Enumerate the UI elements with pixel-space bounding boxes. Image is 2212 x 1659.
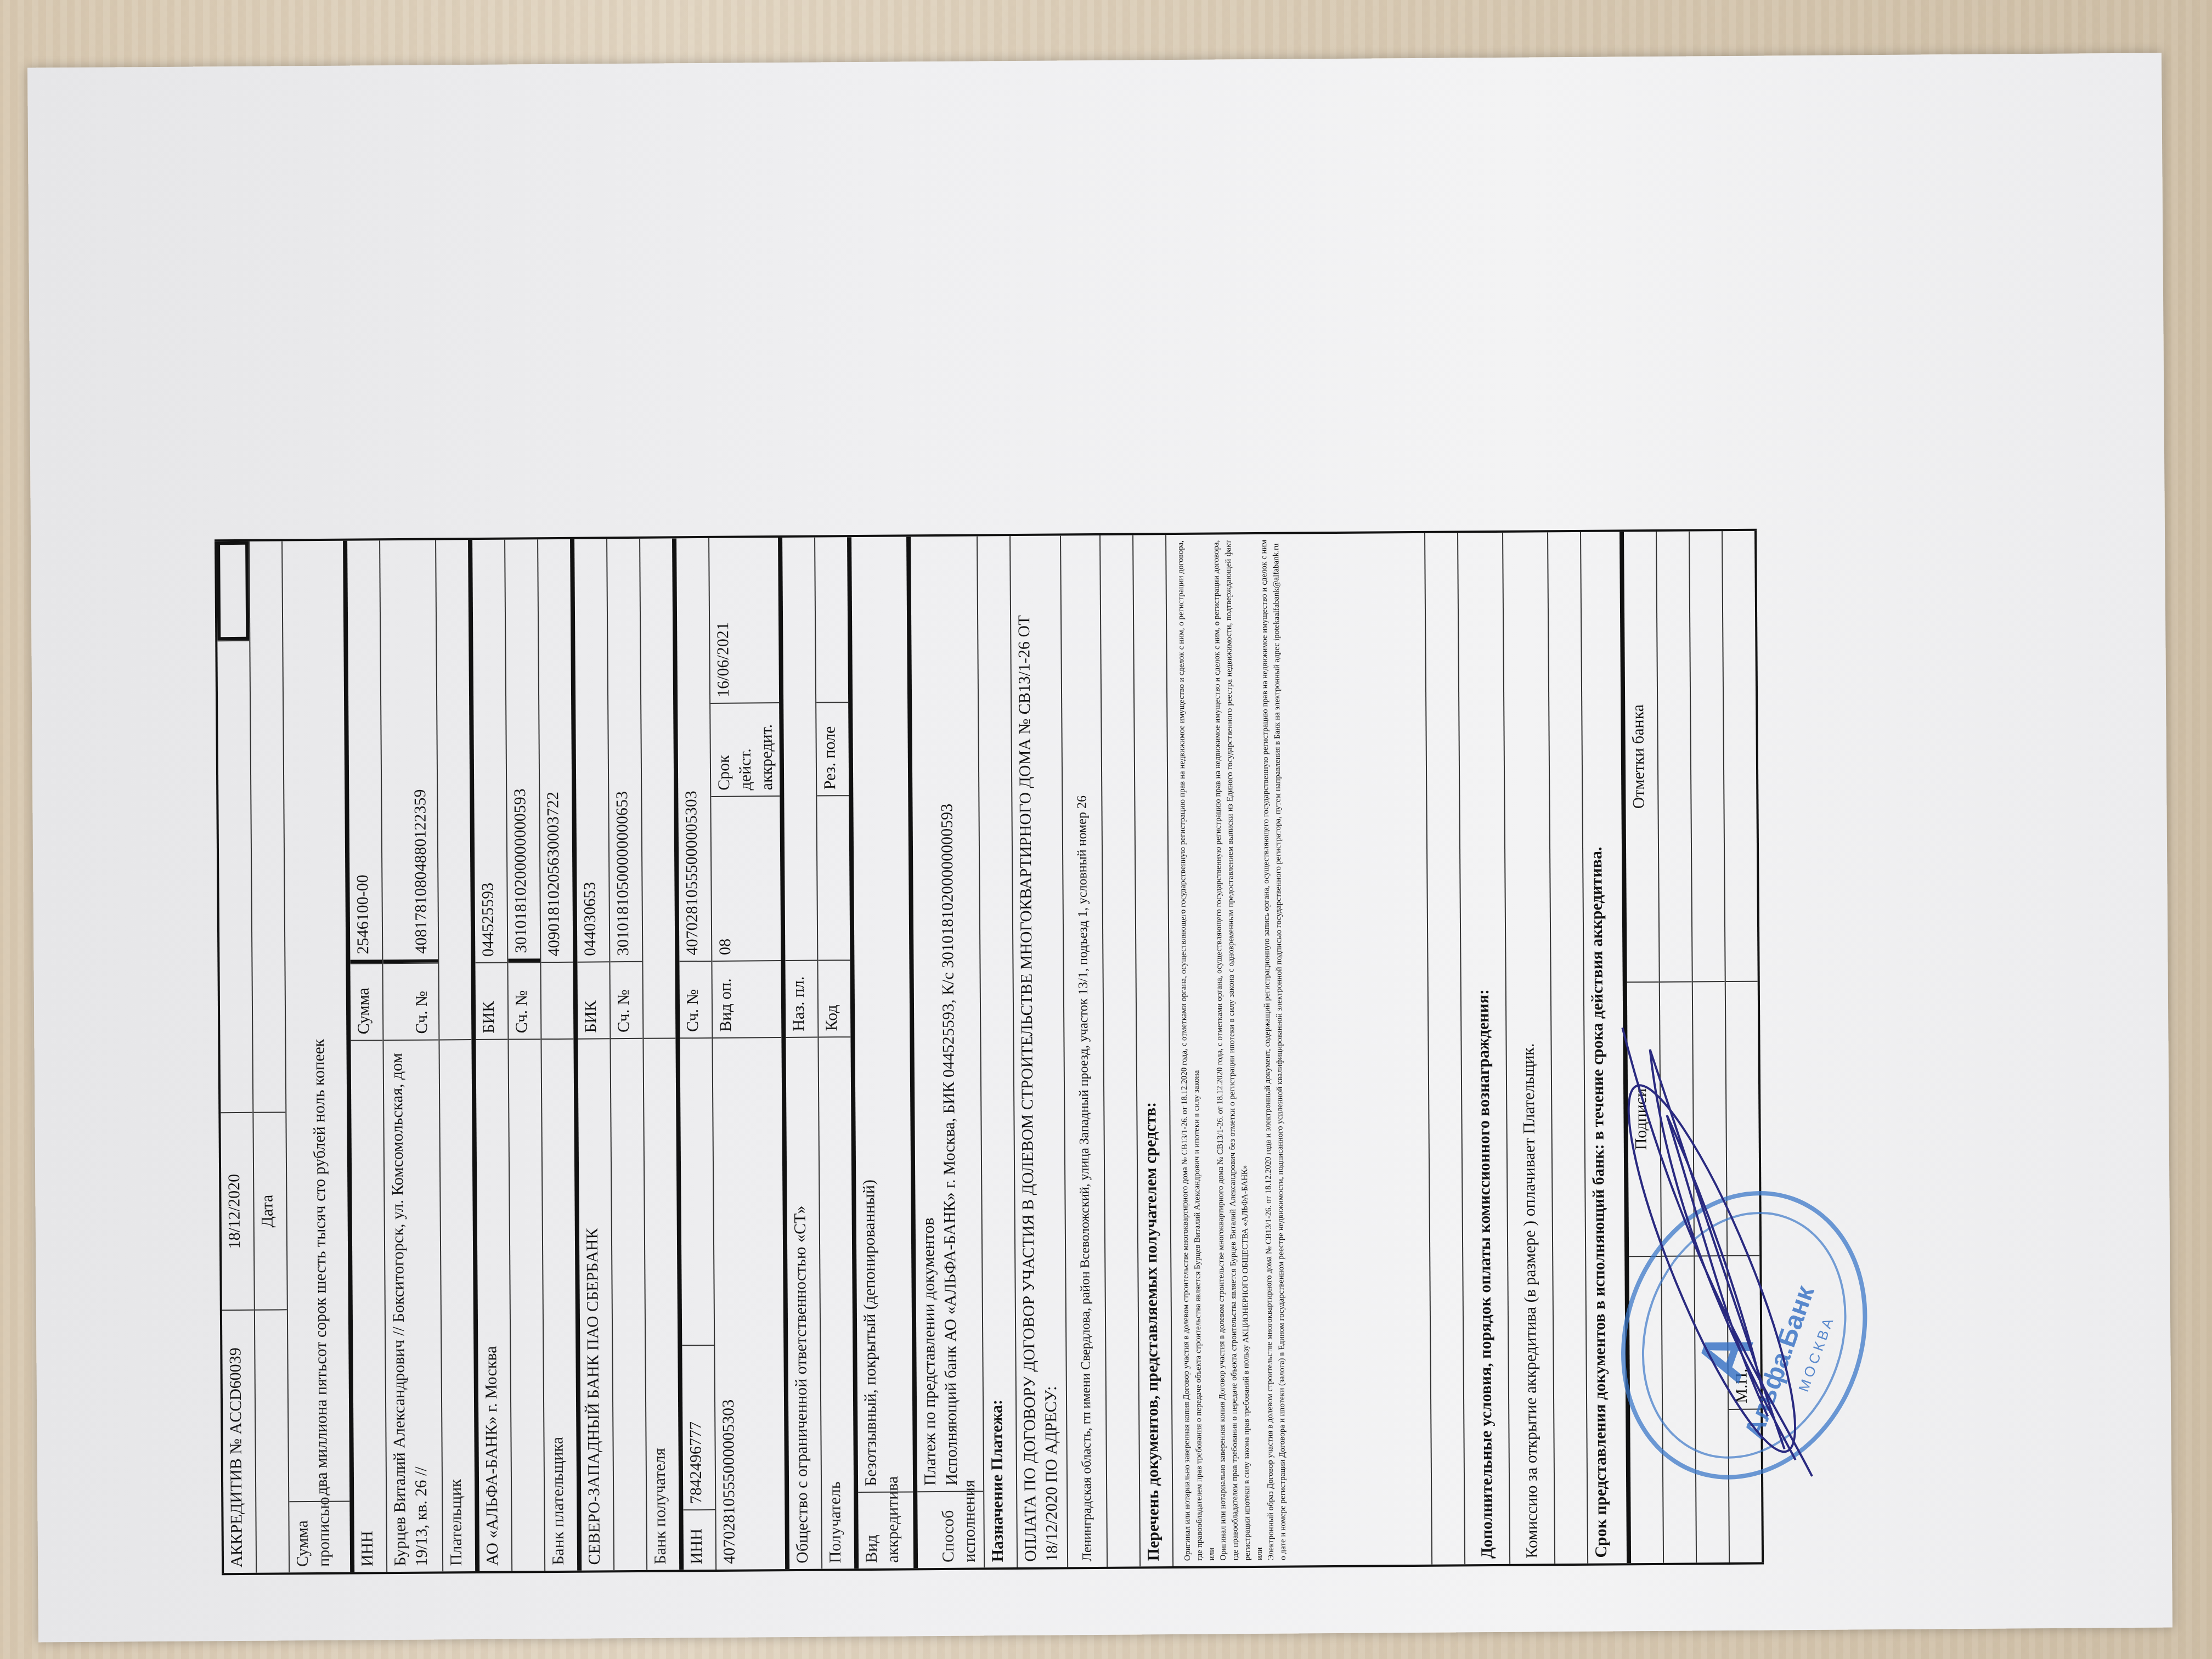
recipient-bank-bik-label: БИК — [577, 961, 610, 1038]
reserve-label: Рез. поле — [816, 702, 849, 795]
lc-type-value: Безотзывный, покрытый (депонированный) — [851, 537, 913, 1492]
recipient-account-label: Сч. № — [679, 961, 712, 1037]
address-text: Ленинградская область, гп имени Свердлов… — [1061, 535, 1107, 1567]
payer-label: Плательщик — [439, 1039, 475, 1571]
validity-label: Срок дейст. аккредит. — [710, 702, 780, 796]
purpose-code-label: Наз. пл. — [785, 960, 817, 1037]
recipient-inn-label: ИНН — [683, 1509, 715, 1570]
recipient-label: Получатель — [819, 1036, 854, 1568]
code-label: Код — [818, 960, 850, 1036]
payer-bank-bik-label: БИК — [475, 962, 507, 1039]
lc-type-label: Вид аккредитива — [858, 1491, 913, 1568]
op-type-label: Вид оп. — [712, 960, 781, 1037]
date-label: Дата — [253, 1111, 287, 1309]
recipient-bank: СЕВЕРО-ЗАПАДНЫЙ БАНК ПАО СБЕРБАНК — [578, 1038, 613, 1570]
recipient-name: Общество с ограниченной ответственностью… — [786, 1037, 821, 1569]
payer-bank-corr: 30101810200000000593 — [505, 539, 540, 962]
payer-bank-corr-label: Сч. № — [508, 962, 540, 1039]
extra-conditions-heading: Дополнительные условия, порядок оплаты к… — [1458, 533, 1509, 1565]
payer-bank-account: 40901810205630003722 — [538, 539, 573, 962]
payer-inn-label: ИНН — [351, 1040, 386, 1572]
payer-bank-bik: 044525593 — [472, 540, 507, 962]
method-label: Способ исполнения — [917, 1491, 984, 1568]
sum-label: Сумма — [350, 963, 382, 1040]
payer-account: 40817810804880122359 — [380, 540, 438, 963]
bank-marks-label: Отметки банка — [1624, 532, 1659, 981]
recipient-account: 40702810555000005303 — [676, 538, 711, 961]
commission-text: Комиссию за открытие аккредитива (в разм… — [1503, 532, 1554, 1564]
recipient-bank-corr: 30101810500000000653 — [607, 539, 642, 961]
payer-bank-label: Банк плательщика — [541, 1039, 577, 1571]
sum-value: 2546100-00 — [347, 540, 382, 963]
lc-date: 18/12/2020 — [221, 1112, 254, 1310]
recipient-bank-bik: 044030653 — [574, 539, 609, 961]
letter-of-credit-document: АККРЕДИТИВ № ACCD60039 18/12/2020 Дата С… — [215, 533, 1840, 1576]
docs-heading: Перечень документов, представляемых полу… — [1133, 535, 1172, 1566]
purpose-heading: Назначение Платежа: — [978, 536, 1017, 1567]
lc-title: АККРЕДИТИВ № ACCD60039 — [222, 1310, 256, 1573]
recipient-account-left: 40702810555000005303 — [713, 1037, 785, 1570]
paper-sheet: АККРЕДИТИВ № ACCD60039 18/12/2020 Дата С… — [27, 53, 2172, 1642]
recipient-bank-corr-label: Сч. № — [610, 961, 642, 1038]
lc-form-table: АККРЕДИТИВ № ACCD60039 18/12/2020 Дата С… — [215, 529, 1764, 1576]
purpose-text: ОПЛАТА ПО ДОГОВОРУ ДОГОВОР УЧАСТИЯ В ДОЛ… — [1011, 535, 1067, 1567]
payer-name: Бурцев Виталий Александрович // Бокситог… — [383, 1039, 442, 1572]
validity-value: 16/06/2021 — [709, 538, 779, 703]
recipient-inn: 7842496777 — [682, 1345, 715, 1509]
sum-words: два миллиона пятьсот сорок шесть тысяч с… — [283, 541, 349, 1502]
recipient-bank-label: Банк получателя — [644, 1037, 679, 1570]
lc-code-box — [217, 541, 249, 640]
handwritten-signature-icon — [1600, 1005, 1823, 1500]
payer-bank: АО «АЛЬФА-БАНК» г. Москва — [476, 1039, 511, 1571]
op-type-value: 08 — [711, 795, 781, 961]
payer-account-label: Сч. № — [383, 962, 438, 1040]
sum-words-label: Сумма прописью — [289, 1501, 350, 1573]
